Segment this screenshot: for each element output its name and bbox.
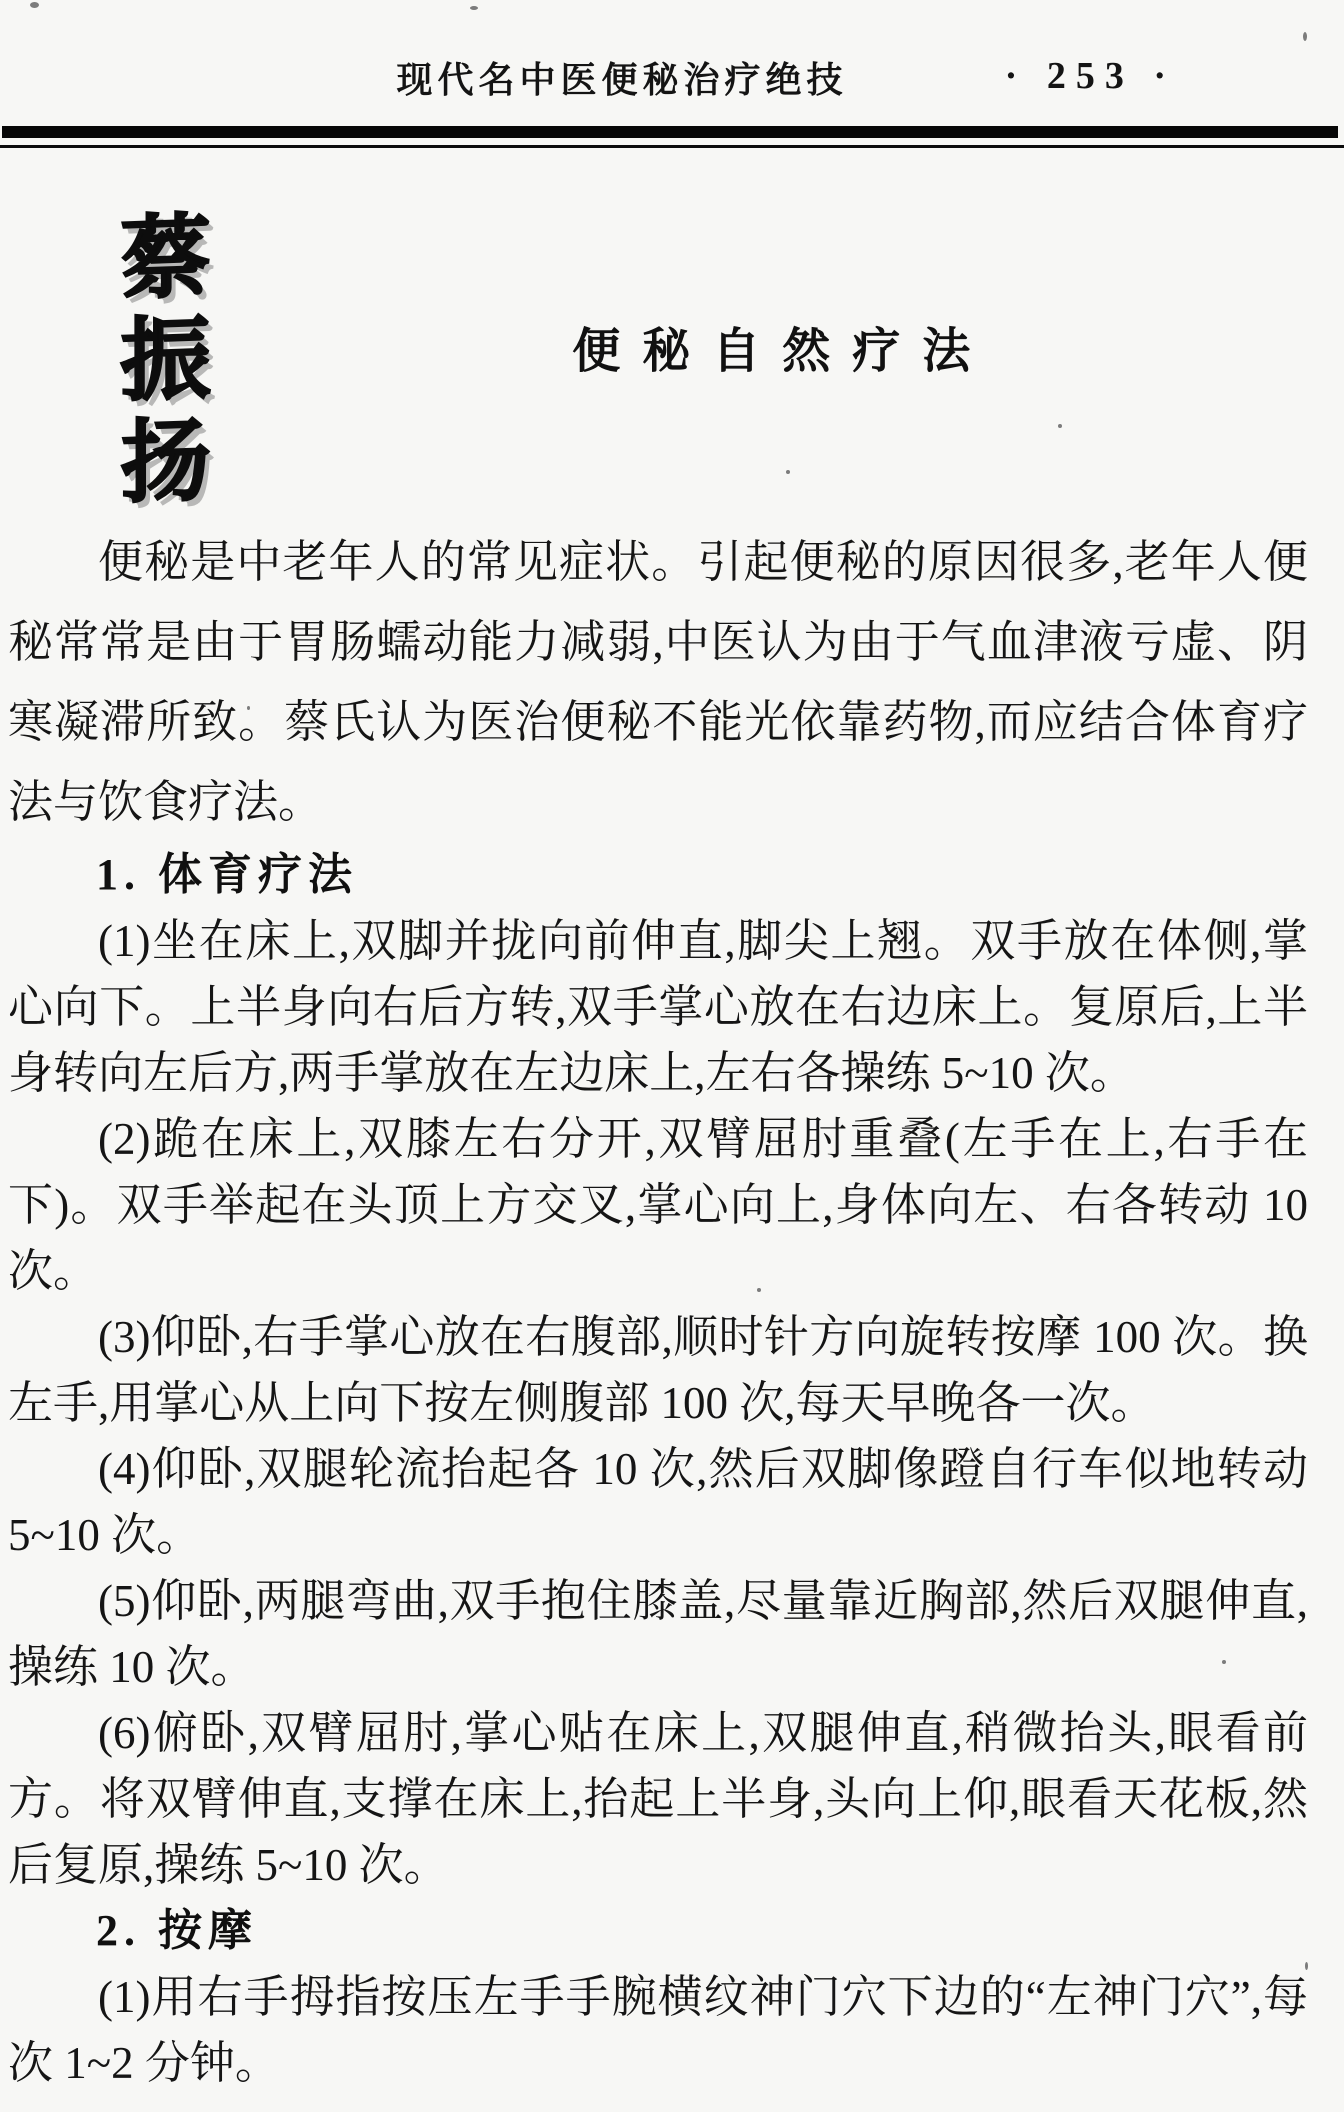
section-heading-massage: 2. 按摩 bbox=[8, 1898, 1308, 1964]
scan-speck bbox=[470, 6, 478, 10]
scan-speck bbox=[786, 470, 790, 474]
exercise-step-3: (3)仰卧,右手掌心放在右腹部,顺时针方向旋转按摩 100 次。换左手,用掌心从… bbox=[8, 1304, 1308, 1436]
scan-speck bbox=[757, 1288, 761, 1292]
article-body: 便秘是中老年人的常见症状。引起便秘的原因很多,老年人便秘常常是由于胃肠蠕动能力减… bbox=[0, 522, 1344, 2096]
scan-speck bbox=[30, 2, 39, 8]
page-number: · 253 · bbox=[1005, 54, 1176, 98]
scan-speck bbox=[247, 706, 250, 710]
article-title: 便秘自然疗法 bbox=[221, 312, 1344, 381]
header-rule-thick bbox=[2, 126, 1338, 138]
scan-speck bbox=[1058, 424, 1062, 428]
title-block: 蔡振扬 便秘自然疗法 bbox=[0, 210, 1344, 522]
scan-speck bbox=[1303, 32, 1307, 41]
section-heading-exercise: 1. 体育疗法 bbox=[8, 842, 1308, 908]
exercise-step-5: (5)仰卧,两腿弯曲,双手抱住膝盖,尽量靠近胸部,然后双腿伸直,操练 10 次。 bbox=[8, 1568, 1308, 1700]
exercise-step-4: (4)仰卧,双腿轮流抬起各 10 次,然后双脚像蹬自行车似地转动 5~10 次。 bbox=[8, 1436, 1308, 1568]
massage-step-1: (1)用右手拇指按压左手手腕横纹神门穴下边的“左神门穴”,每次 1~2 分钟。 bbox=[8, 1964, 1308, 2096]
scan-speck bbox=[1305, 1962, 1308, 1970]
intro-paragraph: 便秘是中老年人的常见症状。引起便秘的原因很多,老年人便秘常常是由于胃肠蠕动能力减… bbox=[8, 522, 1308, 842]
exercise-step-6: (6)俯卧,双臂屈肘,掌心贴在床上,双腿伸直,稍微抬头,眼看前方。将双臂伸直,支… bbox=[8, 1700, 1308, 1898]
scan-speck bbox=[1222, 1660, 1226, 1664]
exercise-step-2: (2)跪在床上,双膝左右分开,双臂屈肘重叠(左手在上,右手在下)。双手举起在头顶… bbox=[8, 1106, 1308, 1304]
exercise-step-1: (1)坐在床上,双脚并拢向前伸直,脚尖上翘。双手放在体侧,掌心向下。上半身向右后… bbox=[8, 908, 1308, 1106]
author-name: 蔡振扬 bbox=[90, 208, 221, 525]
book-page: 现代名中医便秘治疗绝技 · 253 · 蔡振扬 便秘自然疗法 便秘是中老年人的常… bbox=[0, 0, 1344, 2112]
header-rule-thin bbox=[0, 145, 1344, 148]
page-header: 现代名中医便秘治疗绝技 · 253 · bbox=[0, 0, 1344, 112]
